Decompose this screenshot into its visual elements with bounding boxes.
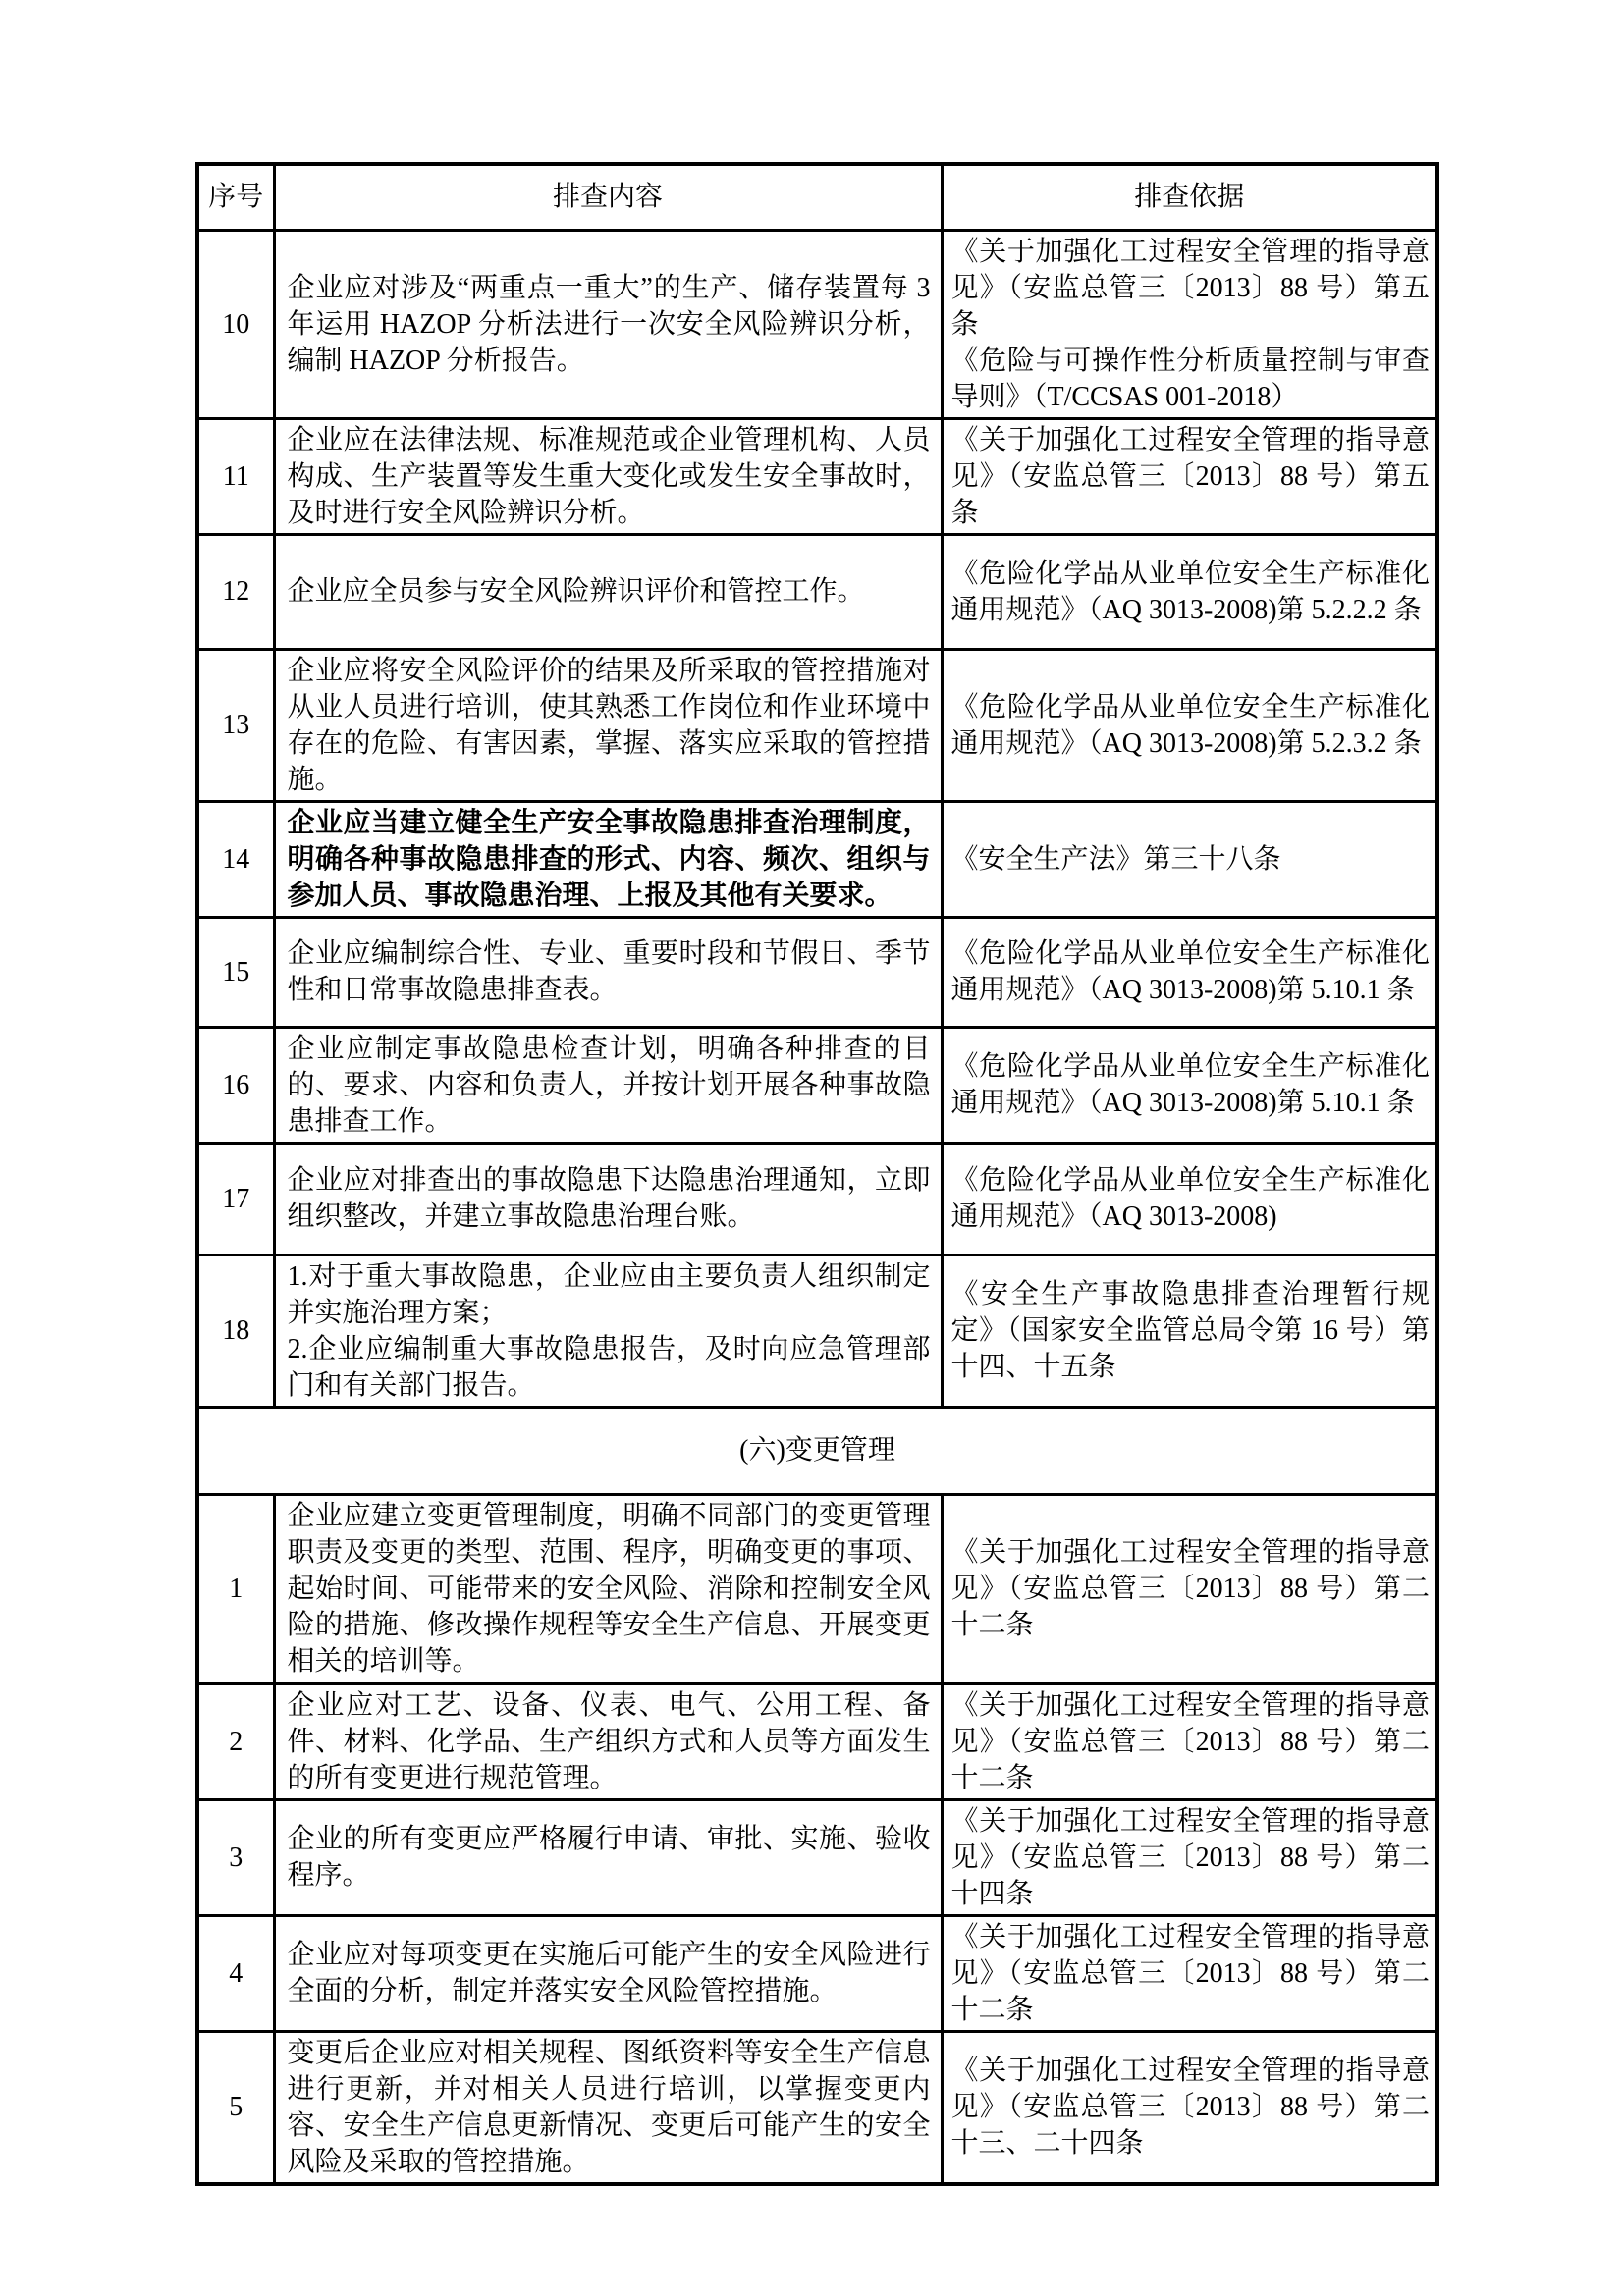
row-number: 14 bbox=[197, 801, 274, 917]
row-content: 企业应对涉及“两重点一重大”的生产、储存装置每 3 年运用 HAZOP 分析法进… bbox=[274, 230, 942, 418]
row-content: 企业应在法律法规、标准规范或企业管理机构、人员构成、生产装置等发生重大变化或发生… bbox=[274, 418, 942, 534]
row-basis: 《关于加强化工过程安全管理的指导意见》（安监总管三〔2013〕88 号）第二十四… bbox=[942, 1799, 1437, 1915]
table-header-row: 序号 排查内容 排查依据 bbox=[197, 164, 1437, 230]
header-content: 排查内容 bbox=[274, 164, 942, 230]
row-content: 企业应制定事故隐患检查计划，明确各种排查的目的、要求、内容和负责人，并按计划开展… bbox=[274, 1027, 942, 1143]
row-basis: 《关于加强化工过程安全管理的指导意见》（安监总管三〔2013〕88 号）第五条 bbox=[942, 418, 1437, 534]
row-basis: 《关于加强化工过程安全管理的指导意见》（安监总管三〔2013〕88 号）第二十二… bbox=[942, 1915, 1437, 2031]
table-row: 16 企业应制定事故隐患检查计划，明确各种排查的目的、要求、内容和负责人，并按计… bbox=[197, 1027, 1437, 1143]
row-basis: 《关于加强化工过程安全管理的指导意见》（安监总管三〔2013〕88 号）第二十二… bbox=[942, 1683, 1437, 1799]
section-header-row: (六)变更管理 bbox=[197, 1407, 1437, 1494]
row-basis: 《关于加强化工过程安全管理的指导意见》（安监总管三〔2013〕88 号）第二十二… bbox=[942, 1494, 1437, 1683]
row-content: 企业应建立变更管理制度，明确不同部门的变更管理职责及变更的类型、范围、程序，明确… bbox=[274, 1494, 942, 1683]
row-number: 3 bbox=[197, 1799, 274, 1915]
table-row: 4 企业应对每项变更在实施后可能产生的安全风险进行全面的分析，制定并落实安全风险… bbox=[197, 1915, 1437, 2031]
row-number: 17 bbox=[197, 1143, 274, 1255]
row-number: 11 bbox=[197, 418, 274, 534]
row-number: 18 bbox=[197, 1255, 274, 1407]
row-basis: 《关于加强化工过程安全管理的指导意见》（安监总管三〔2013〕88 号）第五条 … bbox=[942, 230, 1437, 418]
row-basis: 《危险化学品从业单位安全生产标准化通用规范》（AQ 3013-2008)第 5.… bbox=[942, 917, 1437, 1027]
row-number: 13 bbox=[197, 649, 274, 801]
table-row: 3 企业的所有变更应严格履行申请、审批、实施、验收程序。 《关于加强化工过程安全… bbox=[197, 1799, 1437, 1915]
row-content: 企业应将安全风险评价的结果及所采取的管控措施对从业人员进行培训，使其熟悉工作岗位… bbox=[274, 649, 942, 801]
table-row: 18 1.对于重大事故隐患，企业应由主要负责人组织制定并实施治理方案； 2.企业… bbox=[197, 1255, 1437, 1407]
table-row: 12 企业应全员参与安全风险辨识评价和管控工作。 《危险化学品从业单位安全生产标… bbox=[197, 534, 1437, 649]
row-content: 变更后企业应对相关规程、图纸资料等安全生产信息进行更新，并对相关人员进行培训，以… bbox=[274, 2031, 942, 2184]
row-content: 1.对于重大事故隐患，企业应由主要负责人组织制定并实施治理方案； 2.企业应编制… bbox=[274, 1255, 942, 1407]
header-basis: 排查依据 bbox=[942, 164, 1437, 230]
row-basis: 《危险化学品从业单位安全生产标准化通用规范》（AQ 3013-2008) bbox=[942, 1143, 1437, 1255]
row-basis: 《危险化学品从业单位安全生产标准化通用规范》（AQ 3013-2008)第 5.… bbox=[942, 534, 1437, 649]
table-row: 14 企业应当建立健全生产安全事故隐患排查治理制度，明确各种事故隐患排查的形式、… bbox=[197, 801, 1437, 917]
table-row: 15 企业应编制综合性、专业、重要时段和节假日、季节性和日常事故隐患排查表。 《… bbox=[197, 917, 1437, 1027]
table-row: 1 企业应建立变更管理制度，明确不同部门的变更管理职责及变更的类型、范围、程序，… bbox=[197, 1494, 1437, 1683]
row-content: 企业应编制综合性、专业、重要时段和节假日、季节性和日常事故隐患排查表。 bbox=[274, 917, 942, 1027]
row-basis: 《安全生产法》第三十八条 bbox=[942, 801, 1437, 917]
table-row: 17 企业应对排查出的事故隐患下达隐患治理通知，立即组织整改，并建立事故隐患治理… bbox=[197, 1143, 1437, 1255]
row-content: 企业的所有变更应严格履行申请、审批、实施、验收程序。 bbox=[274, 1799, 942, 1915]
table-row: 11 企业应在法律法规、标准规范或企业管理机构、人员构成、生产装置等发生重大变化… bbox=[197, 418, 1437, 534]
row-content: 企业应对排查出的事故隐患下达隐患治理通知，立即组织整改，并建立事故隐患治理台账。 bbox=[274, 1143, 942, 1255]
row-number: 16 bbox=[197, 1027, 274, 1143]
table-row: 5 变更后企业应对相关规程、图纸资料等安全生产信息进行更新，并对相关人员进行培训… bbox=[197, 2031, 1437, 2184]
row-number: 12 bbox=[197, 534, 274, 649]
row-number: 4 bbox=[197, 1915, 274, 2031]
row-content: 企业应对工艺、设备、仪表、电气、公用工程、备件、材料、化学品、生产组织方式和人员… bbox=[274, 1683, 942, 1799]
section-title: (六)变更管理 bbox=[197, 1407, 1437, 1494]
document-page: 序号 排查内容 排查依据 10 企业应对涉及“两重点一重大”的生产、储存装置每 … bbox=[0, 0, 1624, 2296]
table-row: 13 企业应将安全风险评价的结果及所采取的管控措施对从业人员进行培训，使其熟悉工… bbox=[197, 649, 1437, 801]
table-row: 2 企业应对工艺、设备、仪表、电气、公用工程、备件、材料、化学品、生产组织方式和… bbox=[197, 1683, 1437, 1799]
row-basis: 《危险化学品从业单位安全生产标准化通用规范》（AQ 3013-2008)第 5.… bbox=[942, 1027, 1437, 1143]
row-number: 1 bbox=[197, 1494, 274, 1683]
row-content: 企业应当建立健全生产安全事故隐患排查治理制度，明确各种事故隐患排查的形式、内容、… bbox=[274, 801, 942, 917]
row-number: 2 bbox=[197, 1683, 274, 1799]
row-number: 5 bbox=[197, 2031, 274, 2184]
row-number: 15 bbox=[197, 917, 274, 1027]
row-basis: 《危险化学品从业单位安全生产标准化通用规范》（AQ 3013-2008)第 5.… bbox=[942, 649, 1437, 801]
header-no: 序号 bbox=[197, 164, 274, 230]
row-content: 企业应对每项变更在实施后可能产生的安全风险进行全面的分析，制定并落实安全风险管控… bbox=[274, 1915, 942, 2031]
inspection-table: 序号 排查内容 排查依据 10 企业应对涉及“两重点一重大”的生产、储存装置每 … bbox=[195, 162, 1439, 2186]
table-row: 10 企业应对涉及“两重点一重大”的生产、储存装置每 3 年运用 HAZOP 分… bbox=[197, 230, 1437, 418]
row-content: 企业应全员参与安全风险辨识评价和管控工作。 bbox=[274, 534, 942, 649]
row-basis: 《关于加强化工过程安全管理的指导意见》（安监总管三〔2013〕88 号）第二十三… bbox=[942, 2031, 1437, 2184]
row-basis: 《安全生产事故隐患排查治理暂行规定》（国家安全监管总局令第 16 号）第十四、十… bbox=[942, 1255, 1437, 1407]
row-number: 10 bbox=[197, 230, 274, 418]
